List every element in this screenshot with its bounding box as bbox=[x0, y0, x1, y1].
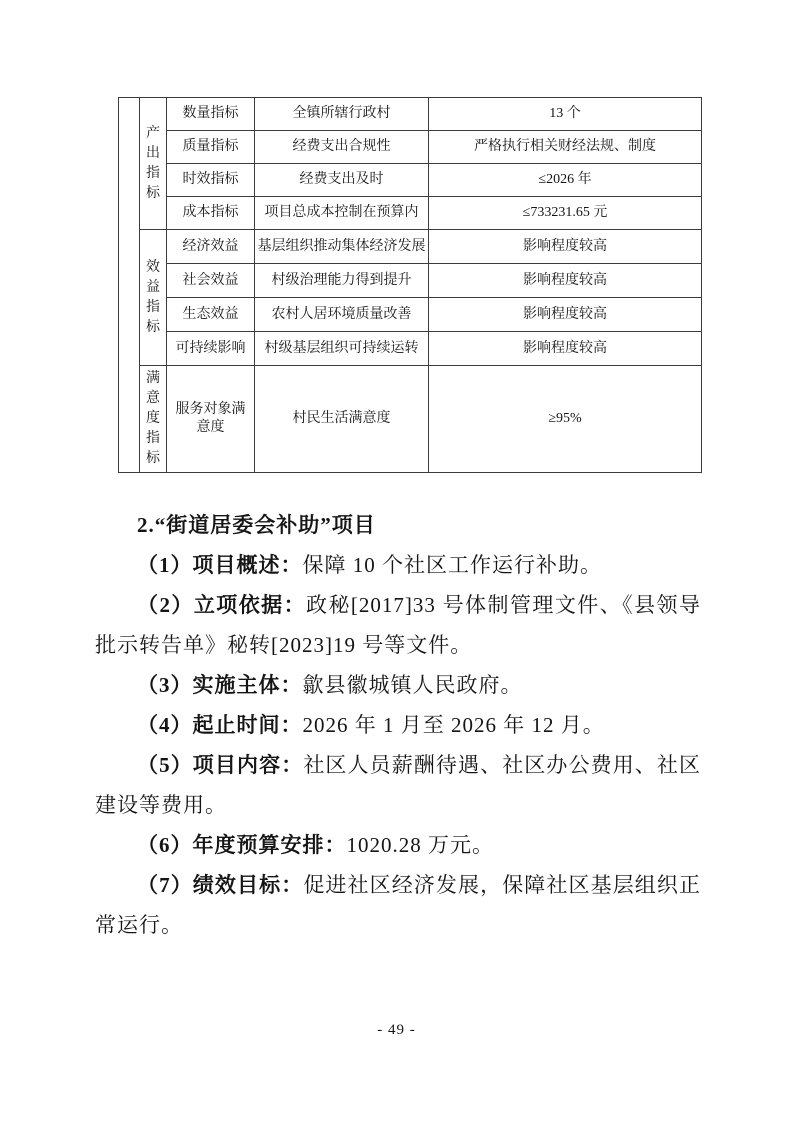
table-row: 生态效益 农村人居环境质量改善 影响程度较高 bbox=[119, 298, 702, 332]
paragraph-text: 1020.28 万元。 bbox=[347, 833, 495, 857]
paragraph-label: （5）项目内容： bbox=[137, 753, 303, 777]
indicator-type-cell: 可持续影响 bbox=[167, 332, 255, 366]
table-row: 满意度指标 服务对象满意度 村民生活满意度 ≥95% bbox=[119, 366, 702, 473]
indicator-target-cell: 影响程度较高 bbox=[429, 230, 702, 264]
project-section: 2.“街道居委会补助”项目 （1）项目概述：保障 10 个社区工作运行补助。 （… bbox=[95, 505, 701, 945]
table-row: 质量指标 经费支出合规性 严格执行相关财经法规、制度 bbox=[119, 131, 702, 164]
table-row: 可持续影响 村级基层组织可持续运转 影响程度较高 bbox=[119, 332, 702, 366]
project-paragraph: （2）立项依据：政秘[2017]33 号体制管理文件、《县领导批示转告单》秘转[… bbox=[95, 585, 701, 665]
indicator-name-cell: 经费支出合规性 bbox=[255, 131, 429, 164]
project-paragraph: （3）实施主体：歙县徽城镇人民政府。 bbox=[95, 665, 701, 705]
paragraph-label: （3）实施主体： bbox=[137, 673, 303, 697]
indicator-name-cell: 农村人居环境质量改善 bbox=[255, 298, 429, 332]
paragraph-text: 歙县徽城镇人民政府。 bbox=[303, 673, 523, 697]
indicator-target-cell: 影响程度较高 bbox=[429, 332, 702, 366]
indicator-target-cell: 影响程度较高 bbox=[429, 298, 702, 332]
indicator-type-cell: 质量指标 bbox=[167, 131, 255, 164]
indicator-target-cell: 影响程度较高 bbox=[429, 264, 702, 298]
indicator-type-cell: 社会效益 bbox=[167, 264, 255, 298]
paragraph-label: （7）绩效目标： bbox=[137, 873, 303, 897]
indicator-group-benefit: 效益指标 bbox=[140, 230, 167, 366]
project-paragraph: （4）起止时间：2026 年 1 月至 2026 年 12 月。 bbox=[95, 705, 701, 745]
indicator-name-cell: 村级治理能力得到提升 bbox=[255, 264, 429, 298]
indicator-name-cell: 村民生活满意度 bbox=[255, 366, 429, 473]
paragraph-text: 保障 10 个社区工作运行补助。 bbox=[303, 553, 603, 577]
performance-indicator-table: 产出指标 数量指标 全镇所辖行政村 13 个 质量指标 经费支出合规性 严格执行… bbox=[118, 97, 702, 473]
table-row: 社会效益 村级治理能力得到提升 影响程度较高 bbox=[119, 264, 702, 298]
paragraph-text: 2026 年 1 月至 2026 年 12 月。 bbox=[303, 713, 605, 737]
indicator-type-cell: 生态效益 bbox=[167, 298, 255, 332]
paragraph-label: （6）年度预算安排： bbox=[137, 833, 347, 857]
paragraph-label: （1）项目概述： bbox=[137, 553, 303, 577]
indicator-target-cell: ≤733231.65 元 bbox=[429, 197, 702, 230]
indicator-target-cell: ≤2026 年 bbox=[429, 164, 702, 197]
indicator-type-cell: 时效指标 bbox=[167, 164, 255, 197]
document-page: 产出指标 数量指标 全镇所辖行政村 13 个 质量指标 经费支出合规性 严格执行… bbox=[0, 0, 793, 1122]
indicator-type-cell: 经济效益 bbox=[167, 230, 255, 264]
paragraph-label: （2）立项依据： bbox=[137, 593, 306, 617]
section-heading: 2.“街道居委会补助”项目 bbox=[95, 505, 701, 545]
indicator-target-cell: 严格执行相关财经法规、制度 bbox=[429, 131, 702, 164]
indicator-target-cell: 13 个 bbox=[429, 98, 702, 131]
table-row: 产出指标 数量指标 全镇所辖行政村 13 个 bbox=[119, 98, 702, 131]
table-left-blank-column bbox=[119, 98, 140, 473]
indicator-type-cell: 成本指标 bbox=[167, 197, 255, 230]
project-paragraph: （7）绩效目标：促进社区经济发展，保障社区基层组织正常运行。 bbox=[95, 865, 701, 945]
project-paragraph: （5）项目内容：社区人员薪酬待遇、社区办公费用、社区建设等费用。 bbox=[95, 745, 701, 825]
indicator-name-cell: 经费支出及时 bbox=[255, 164, 429, 197]
indicator-name-cell: 村级基层组织可持续运转 bbox=[255, 332, 429, 366]
table-row: 效益指标 经济效益 基层组织推动集体经济发展 影响程度较高 bbox=[119, 230, 702, 264]
page-number: - 49 - bbox=[0, 1020, 793, 1040]
project-paragraph: （1）项目概述：保障 10 个社区工作运行补助。 bbox=[95, 545, 701, 585]
indicator-name-cell: 全镇所辖行政村 bbox=[255, 98, 429, 131]
indicator-group-output: 产出指标 bbox=[140, 98, 167, 230]
indicator-name-cell: 项目总成本控制在预算内 bbox=[255, 197, 429, 230]
table-row: 时效指标 经费支出及时 ≤2026 年 bbox=[119, 164, 702, 197]
paragraph-label: （4）起止时间： bbox=[137, 713, 303, 737]
indicator-group-satisfaction: 满意度指标 bbox=[140, 366, 167, 473]
table-row: 成本指标 项目总成本控制在预算内 ≤733231.65 元 bbox=[119, 197, 702, 230]
indicator-name-cell: 基层组织推动集体经济发展 bbox=[255, 230, 429, 264]
indicator-type-cell: 数量指标 bbox=[167, 98, 255, 131]
indicator-type-cell: 服务对象满意度 bbox=[167, 366, 255, 473]
indicator-target-cell: ≥95% bbox=[429, 366, 702, 473]
project-paragraph: （6）年度预算安排：1020.28 万元。 bbox=[95, 825, 701, 865]
